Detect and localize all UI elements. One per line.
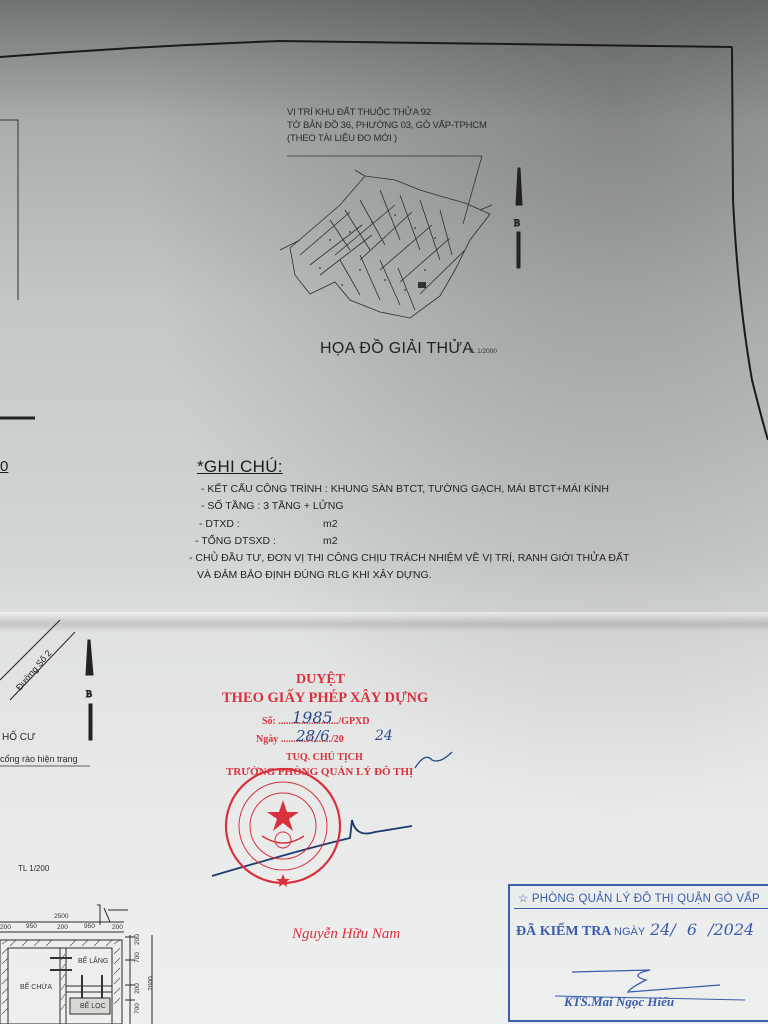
approval-title: DUYỆT bbox=[296, 672, 345, 688]
tank-storage-label: BỂ CHỨA bbox=[20, 984, 52, 991]
dim-width-1: 950 bbox=[26, 923, 37, 930]
inspection-date: 24/ 6 /2024 bbox=[650, 920, 754, 939]
permit-date-value: 28/6 bbox=[296, 727, 330, 745]
dim-height-2: 200 bbox=[134, 983, 141, 994]
dim-total-width: 2500 bbox=[54, 913, 68, 920]
dtxd-unit: m2 bbox=[323, 518, 338, 530]
location-line-1: VỊ TRÍ KHU ĐẤT THUỘC THỬA 92 bbox=[287, 106, 487, 119]
fence-label: cổng rào hiện trạng bbox=[0, 754, 78, 764]
site-map-scale: TL 1/2000 bbox=[468, 348, 497, 355]
permit-year-value: 24 bbox=[375, 728, 393, 744]
dim-height-3: 700 bbox=[134, 1003, 141, 1014]
svg-text:B: B bbox=[514, 218, 520, 228]
pen-signature bbox=[212, 820, 412, 876]
total-area-unit: m2 bbox=[323, 535, 338, 547]
site-map bbox=[280, 170, 492, 318]
inspection-divider bbox=[514, 908, 768, 909]
notes-section: *GHI CHÚ: - KẾT CẤU CÔNG TRÌNH : KHUNG S… bbox=[193, 457, 629, 585]
note-structure: - KẾT CẤU CÔNG TRÌNH : KHUNG SÀN BTCT, T… bbox=[201, 481, 629, 498]
ho-cu-label: HỐ CƯ bbox=[2, 732, 36, 743]
inspection-header: ☆ PHÒNG QUẢN LÝ ĐÔ THỊ QUẬN GÒ VẤP bbox=[518, 891, 760, 905]
location-note: VỊ TRÍ KHU ĐẤT THUỘC THỬA 92 TỜ BẢN ĐỒ 3… bbox=[287, 106, 487, 145]
tank-filter-label: BỂ LỌC bbox=[80, 1003, 106, 1010]
location-line-2: TỜ BẢN ĐỒ 36, PHƯỜNG 03, GÒ VẤP-TPHCM bbox=[287, 119, 487, 132]
note-total-area: - TỔNG DTSXD :m2 bbox=[195, 533, 629, 550]
dim-height-1: 700 bbox=[134, 952, 141, 963]
north-arrow-icon: B bbox=[86, 640, 93, 740]
dim-height-0: 200 bbox=[134, 934, 141, 945]
notes-heading: *GHI CHÚ: bbox=[197, 457, 629, 477]
inspection-stamp: ☆ PHÒNG QUẢN LÝ ĐÔ THỊ QUẬN GÒ VẤP ĐÃ KI… bbox=[508, 884, 768, 1022]
note-responsibility-2: VÀ ĐẢM BẢO ĐỊNH ĐÚNG RLG KHI XÂY DỰNG. bbox=[197, 567, 629, 584]
dtxd-label: - DTXD : bbox=[199, 516, 323, 533]
total-area-label: - TỔNG DTSXD : bbox=[195, 533, 323, 550]
approval-subtitle: THEO GIẤY PHÉP XÂY DỰNG bbox=[222, 690, 428, 707]
approval-position: TRƯỞNG PHÒNG QUẢN LÝ ĐÔ THỊ bbox=[226, 766, 413, 778]
official-seal-icon bbox=[226, 769, 340, 887]
svg-text:B: B bbox=[86, 689, 92, 699]
approval-signer: Nguyễn Hữu Nam bbox=[292, 926, 400, 943]
approval-authority: TUQ. CHỦ TỊCH bbox=[286, 752, 363, 763]
septic-tank-drawing bbox=[0, 905, 152, 1024]
note-dtxd: - DTXD :m2 bbox=[199, 516, 629, 533]
note-floors: - SỐ TẦNG : 3 TẦNG + LỬNG bbox=[201, 498, 629, 515]
permit-number-value: 1985 bbox=[292, 708, 333, 727]
inspection-date-label: NGÀY bbox=[614, 926, 645, 938]
dim-height-total: 2000 bbox=[148, 976, 155, 990]
dim-width-3: 950 bbox=[84, 923, 95, 930]
left-number-fragment: 0 bbox=[0, 458, 8, 475]
north-arrow-icon: B bbox=[514, 168, 522, 268]
inspection-signer: KTS.Mai Ngọc Hiếu bbox=[564, 994, 674, 1010]
note-responsibility-1: - CHỦ ĐẦU TƯ, ĐƠN VỊ THI CÔNG CHỊU TRÁCH… bbox=[189, 550, 629, 567]
dim-width-2: 200 bbox=[57, 924, 68, 931]
inspection-status: ĐÃ KIỂM TRA bbox=[516, 924, 611, 940]
site-map-title: HỌA ĐỒ GIẢI THỬA bbox=[320, 340, 473, 358]
dim-width-0: 200 bbox=[0, 924, 11, 931]
pen-mark bbox=[415, 752, 452, 768]
tank-settling-label: BỂ LẮNG bbox=[78, 958, 108, 965]
section-scale: TL 1/200 bbox=[18, 864, 49, 873]
dim-width-4: 200 bbox=[112, 924, 123, 931]
location-line-3: (THEO TÀI LIỆU ĐO MỚI ) bbox=[287, 132, 487, 145]
